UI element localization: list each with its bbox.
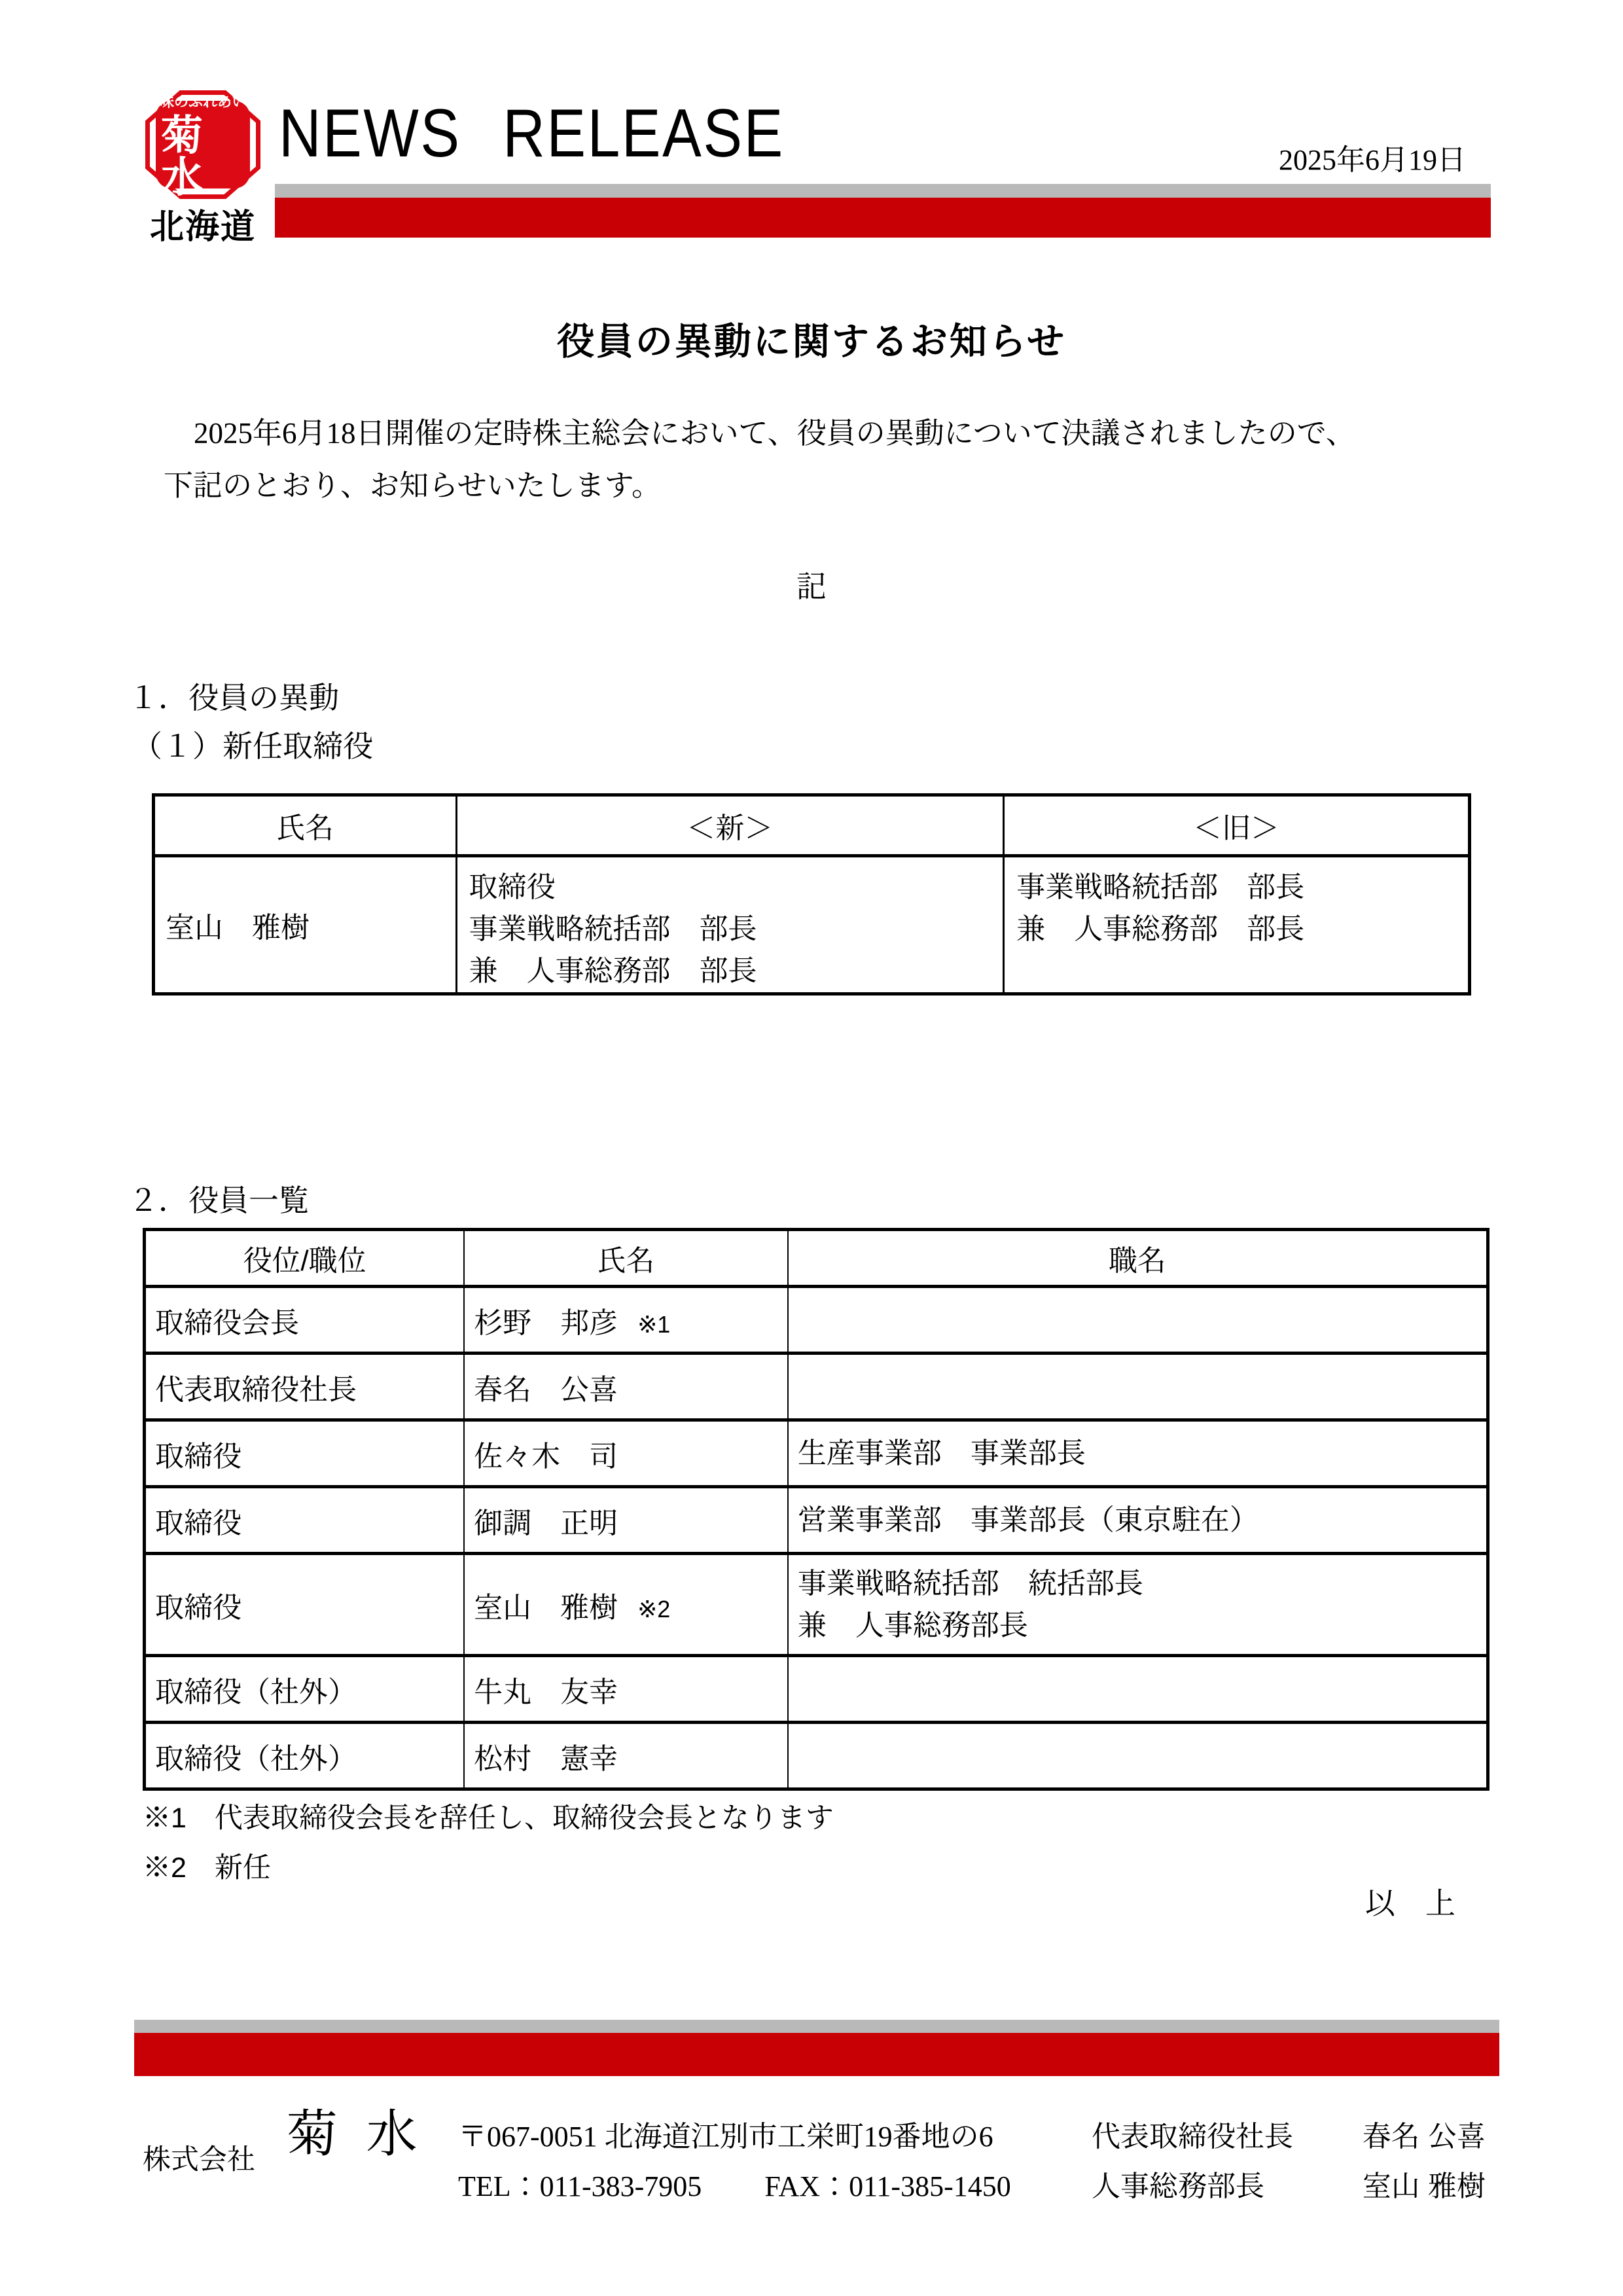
officer-title: 代表取締役社長 <box>1092 2113 1293 2155</box>
header-red-bar <box>275 198 1491 238</box>
officer-name: 室山 雅樹※2 <box>464 1554 788 1656</box>
old-position-line: 事業戦略統括部 部長 <box>1016 867 1468 908</box>
table-row: 代表取締役社長 春名 公喜 <box>145 1354 1488 1420</box>
officer-name: 佐々木 司 <box>464 1420 788 1487</box>
footnote-1: ※1 代表取締役会長を辞任し、取締役会長となります <box>143 1793 834 1843</box>
intro-line-2: 下記のとおり、お知らせいたします。 <box>164 459 1479 512</box>
name-text: 佐々木 司 <box>474 1441 618 1473</box>
officer-title-cell <box>788 1354 1488 1420</box>
col-header-title: 職名 <box>788 1230 1488 1287</box>
officer-name: 室山 雅樹 <box>1363 2162 1486 2204</box>
header-gray-bar <box>275 184 1491 198</box>
name-text: 室山 雅樹 <box>474 1592 618 1624</box>
col-header-name: 氏名 <box>464 1230 788 1287</box>
officer-title-cell <box>788 1723 1488 1789</box>
footer-officer-row: 代表取締役社長 春名 公喜 <box>1092 2113 1486 2155</box>
officer-position: 取締役 <box>145 1420 465 1487</box>
officer-position: 取締役（社外） <box>145 1656 465 1723</box>
section1-subheading: （１）新任取締役 <box>132 723 373 766</box>
page-title: 役員の異動に関するお知らせ <box>0 312 1623 365</box>
officer-name: 御調 正明 <box>464 1487 788 1554</box>
company-address: 〒067-0051 北海道江別市工栄町19番地の6 <box>458 2113 993 2155</box>
name-text: 松村 憲幸 <box>474 1743 618 1775</box>
note-mark: ※2 <box>637 1596 670 1623</box>
footnote-2: ※2 新任 <box>143 1843 834 1893</box>
logo-brand-text: 菊水 <box>156 115 250 199</box>
section1-heading: １．役員の異動 <box>128 674 339 717</box>
officer-position: 代表取締役社長 <box>145 1354 465 1420</box>
table-header-row: 役位/職位 氏名 職名 <box>145 1230 1488 1287</box>
closing-mark: 以 上 <box>1365 1880 1455 1923</box>
officer-position: 取締役会長 <box>145 1287 465 1354</box>
table-row: 室山 雅樹 取締役 事業戦略統括部 部長 兼 人事総務部 部長 事業戦略統括部 … <box>154 856 1470 994</box>
intro-line-1: 2025年6月18日開催の定時株主総会において、役員の異動について決議されました… <box>164 407 1479 459</box>
logo-region-label: 北海道 <box>134 199 272 248</box>
note-mark: ※1 <box>637 1311 670 1338</box>
officer-title: 人事総務部長 <box>1092 2162 1264 2204</box>
name-text: 御調 正明 <box>474 1507 618 1539</box>
title-line: 生産事業部 事業部長 <box>798 1433 1486 1475</box>
officer-title-cell <box>788 1656 1488 1723</box>
company-contact: TEL：011-383-7905FAX：011-385-1450 <box>458 2162 1011 2204</box>
table-row: 取締役 佐々木 司 生産事業部 事業部長 <box>145 1420 1488 1487</box>
table-row: 取締役会長 杉野 邦彦※1 <box>145 1287 1488 1354</box>
old-position-cell: 事業戦略統括部 部長 兼 人事総務部 部長 <box>1004 856 1470 994</box>
col-header-new: ＜新＞ <box>456 795 1004 856</box>
table-row: 取締役 室山 雅樹※2 事業戦略統括部 統括部長 兼 人事総務部長 <box>145 1554 1488 1656</box>
officer-position: 取締役 <box>145 1487 465 1554</box>
new-director-table: 氏名 ＜新＞ ＜旧＞ 室山 雅樹 取締役 事業戦略統括部 部長 兼 人事総務部 … <box>152 793 1471 996</box>
new-position-line: 取締役 <box>469 867 1003 908</box>
footer-red-bar <box>134 2033 1499 2076</box>
name-text: 牛丸 友幸 <box>474 1676 618 1708</box>
new-position-line: 兼 人事総務部 部長 <box>469 950 1003 992</box>
name-text: 杉野 邦彦 <box>474 1307 618 1339</box>
name-text: 春名 公喜 <box>474 1374 618 1406</box>
logo-tagline: 味のふれあい <box>160 91 246 111</box>
table-header-row: 氏名 ＜新＞ ＜旧＞ <box>154 795 1470 856</box>
new-position-line: 事業戦略統括部 部長 <box>469 908 1003 950</box>
news-release-wordmark: NEWS RELEASE <box>279 98 785 170</box>
intro-paragraph: 2025年6月18日開催の定時株主総会において、役員の異動について決議されました… <box>164 407 1479 512</box>
officer-title-cell: 事業戦略統括部 統括部長 兼 人事総務部長 <box>788 1554 1488 1656</box>
title-line: 営業事業部 事業部長（東京駐在） <box>798 1499 1486 1541</box>
footer-officer-row: 人事総務部長 室山 雅樹 <box>1092 2162 1486 2204</box>
fax-number: FAX：011-385-1450 <box>764 2170 1010 2202</box>
officer-title-cell: 生産事業部 事業部長 <box>788 1420 1488 1487</box>
officer-name: 春名 公喜 <box>1363 2113 1486 2155</box>
officer-name: 牛丸 友幸 <box>464 1656 788 1723</box>
col-header-old: ＜旧＞ <box>1004 795 1470 856</box>
new-position-cell: 取締役 事業戦略統括部 部長 兼 人事総務部 部長 <box>456 856 1004 994</box>
officer-title-cell <box>788 1287 1488 1354</box>
title-line: 事業戦略統括部 統括部長 <box>798 1563 1486 1605</box>
officer-position: 取締役 <box>145 1554 465 1656</box>
tel-number: TEL：011-383-7905 <box>458 2170 702 2202</box>
company-prefix: 株式会社 <box>143 2138 255 2178</box>
old-position-line: 兼 人事総務部 部長 <box>1016 908 1468 950</box>
company-name: 菊 水 <box>287 2109 425 2160</box>
officer-name: 春名 公喜 <box>464 1354 788 1420</box>
record-mark: 記 <box>0 563 1623 606</box>
section2-heading: ２．役員一覧 <box>128 1177 309 1220</box>
officer-list-table: 役位/職位 氏名 職名 取締役会長 杉野 邦彦※1 代表取締役社長 春名 公喜 … <box>143 1228 1489 1791</box>
table-row: 取締役（社外） 牛丸 友幸 <box>145 1656 1488 1723</box>
col-header-position: 役位/職位 <box>145 1230 465 1287</box>
officer-position: 取締役（社外） <box>145 1723 465 1789</box>
kikusui-logo: 味のふれあい 菊水 <box>145 90 260 199</box>
title-line: 兼 人事総務部長 <box>798 1605 1486 1647</box>
logo-inner-seal: 味のふれあい 菊水 <box>156 101 250 188</box>
col-header-name: 氏名 <box>154 795 457 856</box>
footnotes: ※1 代表取締役会長を辞任し、取締役会長となります ※2 新任 <box>143 1793 834 1893</box>
officer-name: 松村 憲幸 <box>464 1723 788 1789</box>
news-release-page: 味のふれあい 菊水 北海道 NEWS RELEASE 2025年6月19日 役員… <box>0 0 1623 2296</box>
table-row: 取締役（社外） 松村 憲幸 <box>145 1723 1488 1789</box>
table-row: 取締役 御調 正明 営業事業部 事業部長（東京駐在） <box>145 1487 1488 1554</box>
release-date: 2025年6月19日 <box>1279 136 1466 178</box>
officer-name: 杉野 邦彦※1 <box>464 1287 788 1354</box>
footer-gray-bar <box>134 2020 1499 2033</box>
director-name: 室山 雅樹 <box>154 856 457 994</box>
officer-title-cell: 営業事業部 事業部長（東京駐在） <box>788 1487 1488 1554</box>
